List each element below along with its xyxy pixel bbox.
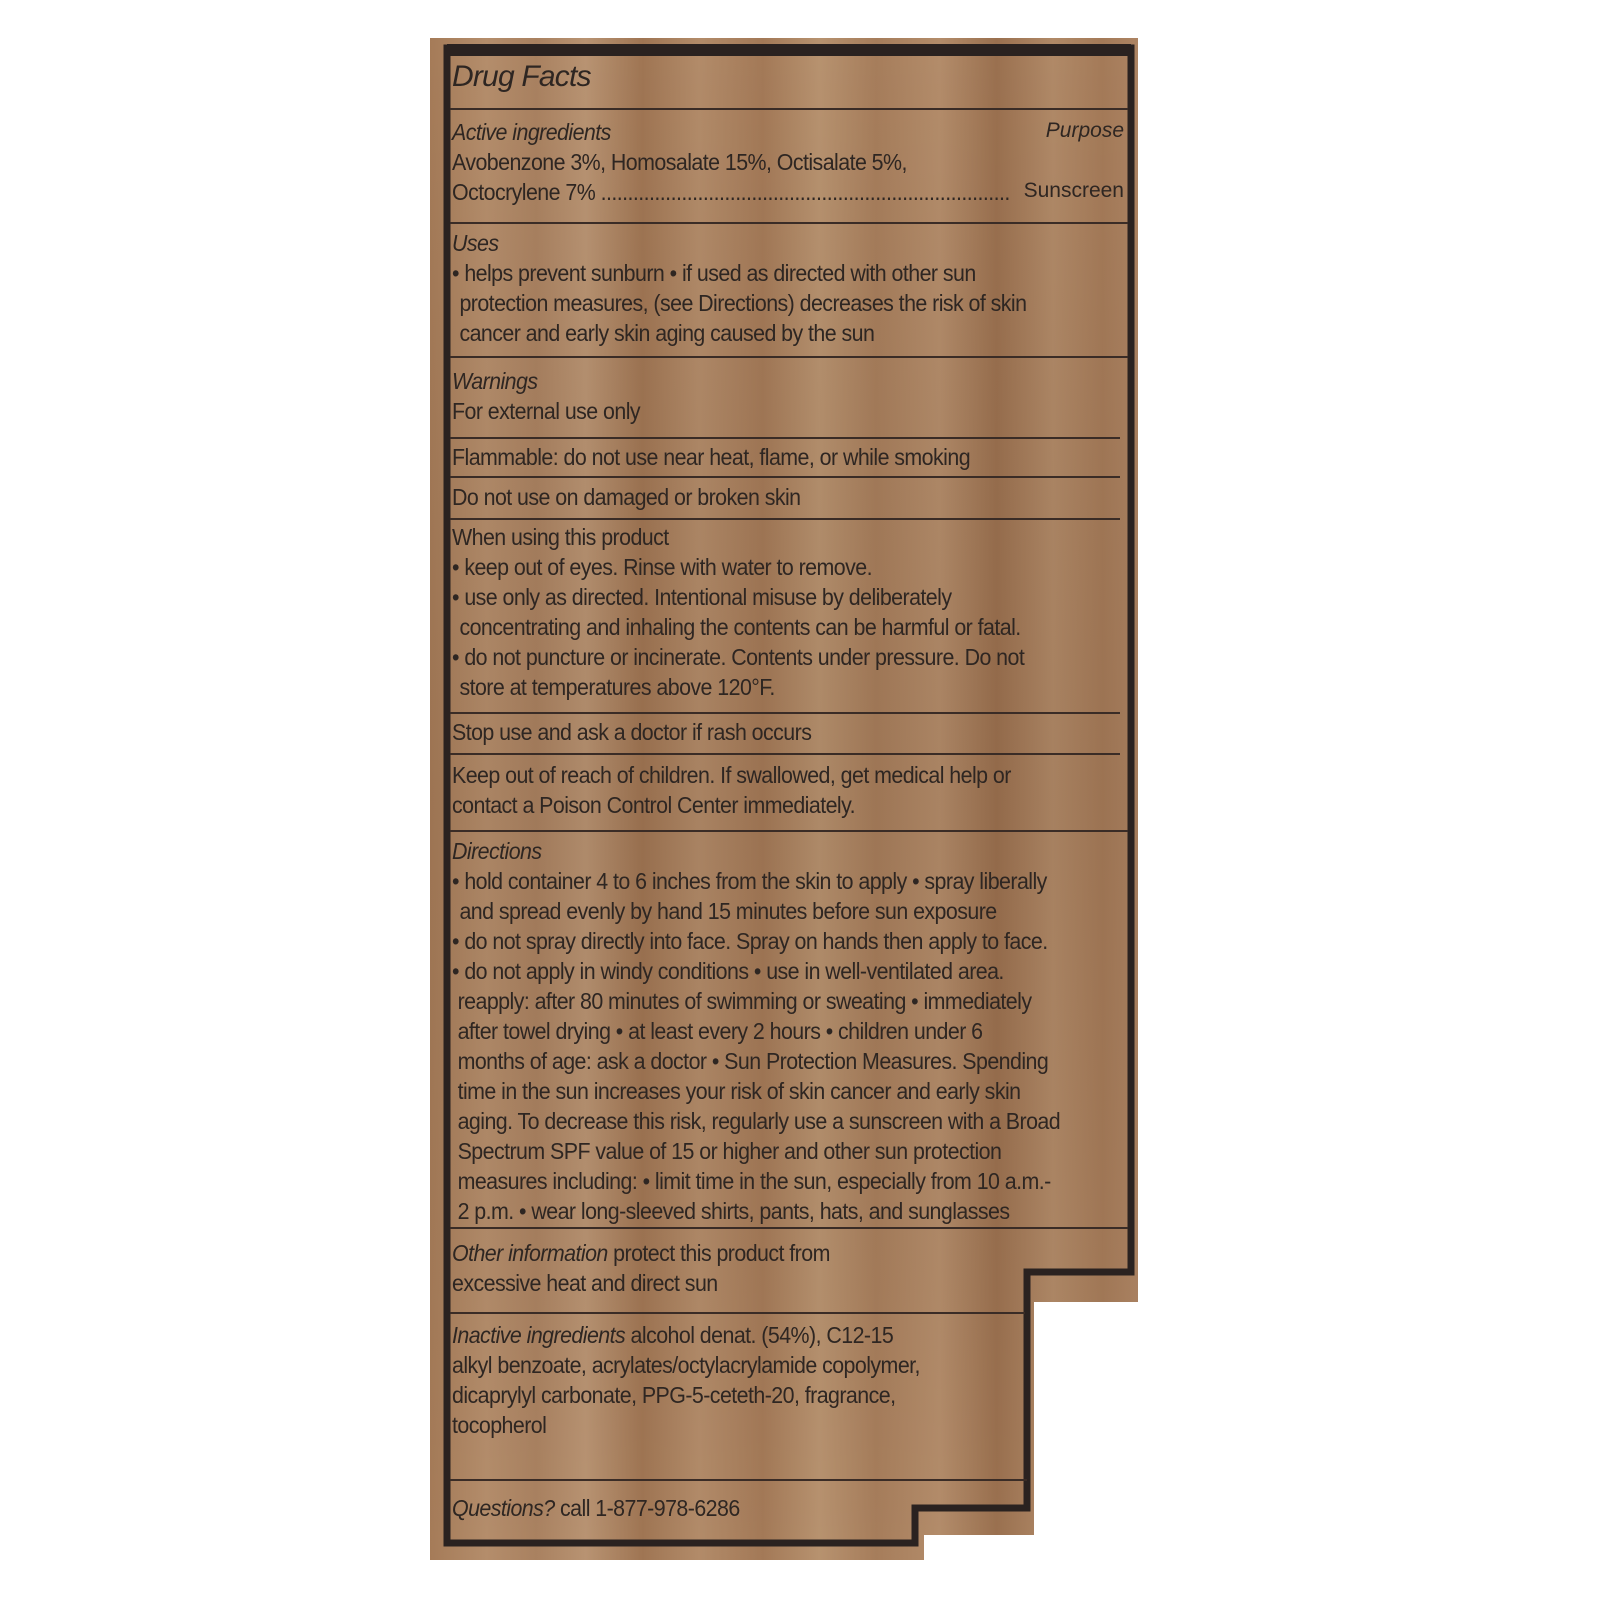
when-using-line: • use only as directed. Intentional misu…	[452, 582, 1123, 612]
directions-line: and spread evenly by hand 15 minutes bef…	[452, 896, 1131, 926]
purpose-heading: Purpose	[1046, 119, 1124, 143]
keep-out-line: contact a Poison Control Center immediat…	[452, 790, 1123, 820]
uses-section: Uses • helps prevent sunburn • if used a…	[452, 228, 1124, 348]
inactive-line: dicaprylyl carbonate, PPG-5-ceteth-20, f…	[452, 1380, 1123, 1410]
title-text: Drug Facts	[452, 60, 1124, 94]
uses-line: cancer and early skin aging caused by th…	[452, 318, 1131, 348]
divider	[450, 356, 1128, 358]
directions-line: after towel drying • at least every 2 ho…	[452, 1016, 1129, 1046]
active-ingredients-section: Active ingredients Purpose Avobenzone 3%…	[452, 117, 1124, 207]
divider	[450, 108, 1128, 110]
directions-line: measures including: • limit time in the …	[452, 1166, 1129, 1196]
directions-line: 2 p.m. • wear long-sleeved shirts, pants…	[452, 1196, 1129, 1226]
when-using-line: • do not puncture or incinerate. Content…	[452, 642, 1123, 672]
directions-line: • do not apply in windy conditions • use…	[452, 956, 1123, 986]
directions-section: Directions • hold container 4 to 6 inche…	[452, 836, 1124, 1226]
active-ingredients-line-2: Octocrylene 7% .........................…	[452, 177, 1010, 207]
directions-line: • hold container 4 to 6 inches from the …	[452, 866, 1123, 896]
inactive-line: tocopherol	[452, 1410, 1123, 1440]
directions-heading: Directions	[452, 836, 1123, 866]
divider	[450, 1312, 1025, 1314]
directions-line: months of age: ask a doctor • Sun Protec…	[452, 1046, 1129, 1076]
divider	[450, 437, 1120, 439]
phone-number: call 1-877-978-6286	[555, 1495, 740, 1521]
directions-line: time in the sun increases your risk of s…	[452, 1076, 1129, 1106]
questions-line: Questions? call 1-877-978-6286	[452, 1493, 1123, 1523]
purpose-sunscreen: Sunscreen	[1024, 179, 1124, 203]
other-info-heading: Other information	[452, 1240, 608, 1266]
when-using-line: • keep out of eyes. Rinse with water to …	[452, 552, 1123, 582]
damaged-skin-warning: Do not use on damaged or broken skin	[452, 482, 1124, 512]
keep-out-line: Keep out of reach of children. If swallo…	[452, 760, 1123, 790]
inactive-line-1: Inactive ingredients alcohol denat. (54%…	[452, 1320, 1123, 1350]
uses-line: • helps prevent sunburn • if used as dir…	[452, 258, 1123, 288]
directions-line: aging. To decrease this risk, regularly …	[452, 1106, 1129, 1136]
when-using-line: concentrating and inhaling the contents …	[452, 612, 1131, 642]
divider	[450, 476, 1120, 478]
stop-use-text: Stop use and ask a doctor if rash occurs	[452, 717, 1123, 747]
inactive-line: alkyl benzoate, acrylates/octylacrylamid…	[452, 1350, 1123, 1380]
directions-line: • do not spray directly into face. Spray…	[452, 926, 1123, 956]
divider	[450, 830, 1128, 832]
divider	[450, 1227, 1128, 1229]
divider	[450, 1479, 1027, 1481]
divider	[450, 518, 1120, 520]
when-using-heading: When using this product	[452, 522, 1123, 552]
warnings-heading: Warnings	[452, 366, 1123, 396]
active-ingredients-line-1: Avobenzone 3%, Homosalate 15%, Octisalat…	[452, 147, 1123, 177]
directions-line: reapply: after 80 minutes of swimming or…	[452, 986, 1129, 1016]
damaged-skin-text: Do not use on damaged or broken skin	[452, 482, 1123, 512]
other-info-line-1: Other information protect this product f…	[452, 1238, 1123, 1268]
other-information-section: Other information protect this product f…	[452, 1238, 1124, 1298]
keep-out-of-reach-warning: Keep out of reach of children. If swallo…	[452, 760, 1124, 820]
uses-heading: Uses	[452, 228, 1123, 258]
when-using-section: When using this product • keep out of ey…	[452, 522, 1124, 702]
flammable-text: Flammable: do not use near heat, flame, …	[452, 442, 1123, 472]
uses-line: protection measures, (see Directions) de…	[452, 288, 1131, 318]
stop-use-warning: Stop use and ask a doctor if rash occurs	[452, 717, 1124, 747]
drug-facts-panel: Drug Facts Active ingredients Purpose Av…	[0, 0, 1600, 1600]
leader-dots: ........................................…	[601, 179, 1010, 205]
questions-section: Questions? call 1-877-978-6286	[452, 1493, 1124, 1523]
divider	[450, 753, 1120, 755]
inactive-ingredients-section: Inactive ingredients alcohol denat. (54%…	[452, 1320, 1124, 1440]
flammable-warning: Flammable: do not use near heat, flame, …	[452, 442, 1124, 472]
inactive-ingredients-heading: Inactive ingredients	[452, 1322, 625, 1348]
warnings-section: Warnings For external use only	[452, 366, 1124, 426]
active-ingredients-heading: Active ingredients	[452, 117, 1123, 147]
divider	[450, 222, 1128, 224]
drug-facts-title: Drug Facts	[452, 60, 1124, 94]
other-info-line-2: excessive heat and direct sun	[452, 1268, 1123, 1298]
external-use-text: For external use only	[452, 396, 1123, 426]
questions-heading: Questions?	[452, 1495, 555, 1521]
divider	[450, 712, 1120, 714]
when-using-line: store at temperatures above 120°F.	[452, 672, 1131, 702]
directions-line: Spectrum SPF value of 15 or higher and o…	[452, 1136, 1129, 1166]
